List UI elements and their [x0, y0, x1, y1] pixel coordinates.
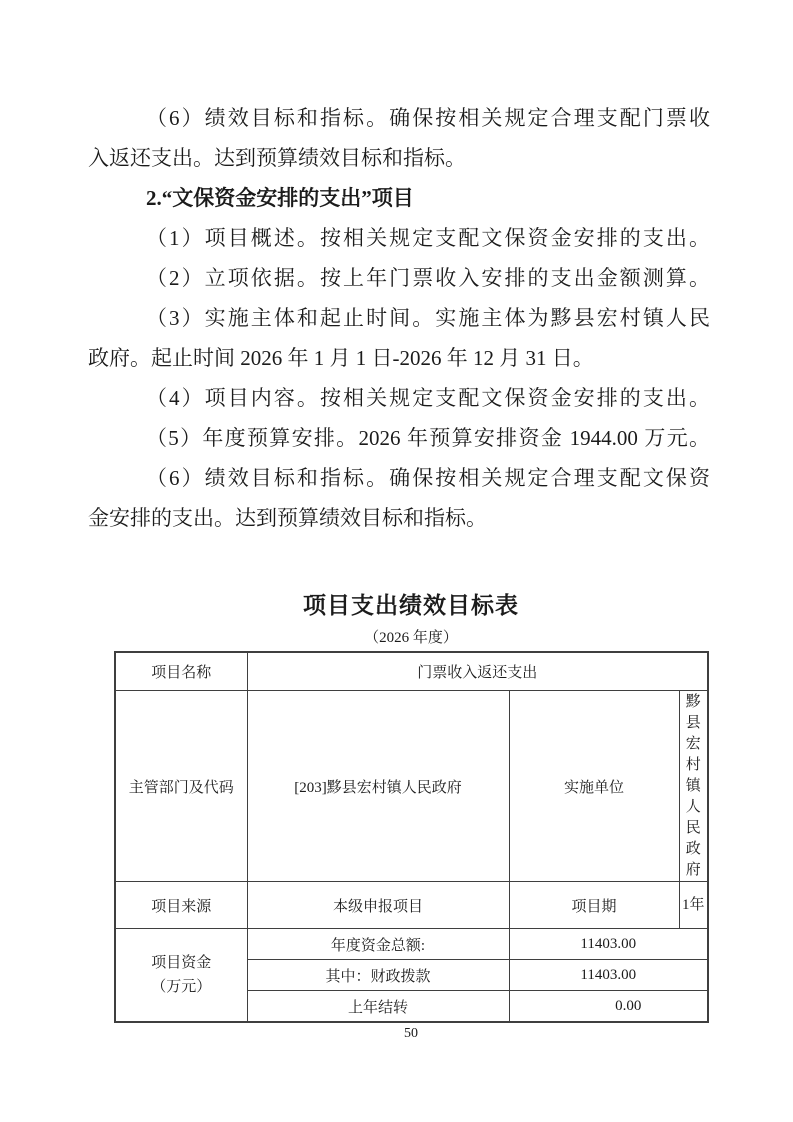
carryover-label: 上年结转	[247, 991, 509, 1023]
section-heading: 2.“文保资金安排的支出”项目	[88, 178, 710, 218]
performance-target-table: 项目名称 门票收入返还支出 主管部门及代码 [203]黟县宏村镇人民政府 实施单…	[114, 651, 709, 1023]
annual-total-value: 11403.00	[509, 929, 708, 960]
table-row: 项目名称 门票收入返还支出	[115, 652, 708, 691]
impl-unit-label: 实施单位	[509, 691, 679, 882]
impl-unit-value: 黟县宏村镇人民政府	[679, 691, 708, 882]
table-year: （2026 年度）	[114, 626, 708, 650]
body-text-block: （6）绩效目标和指标。确保按相关规定合理支配门票收 入返还支出。达到预算绩效目标…	[88, 98, 710, 538]
body-line: （4）项目内容。按相关规定支配文保资金安排的支出。	[88, 378, 710, 418]
project-name-value: 门票收入返还支出	[247, 652, 708, 691]
project-period-value: 1年	[679, 882, 708, 929]
fiscal-allocation-label: 其中：财政拨款	[247, 960, 509, 991]
body-line: （1）项目概述。按相关规定支配文保资金安排的支出。	[88, 218, 710, 258]
project-name-label: 项目名称	[115, 652, 247, 691]
body-line: 政府。起止时间 2026 年 1 月 1 日-2026 年 12 月 31 日。	[88, 338, 710, 378]
body-line: （6）绩效目标和指标。确保按相关规定合理支配门票收	[88, 98, 710, 138]
body-line: （3）实施主体和起止时间。实施主体为黟县宏村镇人民	[88, 298, 710, 338]
table-title: 项目支出绩效目标表	[114, 589, 708, 623]
project-source-label: 项目来源	[115, 882, 247, 929]
body-line: 入返还支出。达到预算绩效目标和指标。	[88, 138, 710, 178]
body-line: （5）年度预算安排。2026 年预算安排资金 1944.00 万元。	[88, 418, 710, 458]
project-source-value: 本级申报项目	[247, 882, 509, 929]
page-number: 50	[114, 1024, 708, 1044]
project-funds-label-line1: 项目资金	[116, 951, 247, 975]
project-period-label: 项目期	[509, 882, 679, 929]
dept-code-label: 主管部门及代码	[115, 691, 247, 882]
project-funds-label-line2: （万元）	[116, 975, 247, 999]
fiscal-allocation-value: 11403.00	[509, 960, 708, 991]
carryover-value: 0.00	[509, 991, 708, 1023]
body-line: （6）绩效目标和指标。确保按相关规定合理支配文保资	[88, 458, 710, 498]
table-row: 项目资金 （万元） 年度资金总额: 11403.00	[115, 929, 708, 960]
body-line: （2）立项依据。按上年门票收入安排的支出金额测算。	[88, 258, 710, 298]
body-line: 金安排的支出。达到预算绩效目标和指标。	[88, 498, 710, 538]
table-row: 项目来源 本级申报项目 项目期 1年	[115, 882, 708, 929]
dept-code-value: [203]黟县宏村镇人民政府	[247, 691, 509, 882]
table-row: 主管部门及代码 [203]黟县宏村镇人民政府 实施单位 黟县宏村镇人民政府	[115, 691, 708, 882]
project-funds-label: 项目资金 （万元）	[115, 929, 247, 1023]
document-page: （6）绩效目标和指标。确保按相关规定合理支配门票收 入返还支出。达到预算绩效目标…	[0, 0, 793, 1122]
annual-total-label: 年度资金总额:	[247, 929, 509, 960]
